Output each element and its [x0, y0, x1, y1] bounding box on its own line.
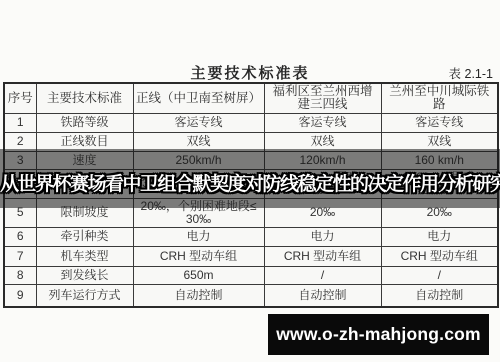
- table-cell: 20‰，个别困难地段≤ 30‰: [133, 198, 264, 227]
- table-cell: 客运专线: [264, 113, 381, 132]
- table-header-cell: 兰州至中川城际铁路: [381, 83, 498, 113]
- table-cell: 7: [4, 246, 36, 266]
- table-cell: 列车运行方式: [36, 284, 133, 307]
- table-cell: CRH 型动车组: [264, 246, 381, 266]
- table-cell: CRH 型动车组: [133, 246, 264, 266]
- table-cell: 自动控制: [381, 284, 498, 307]
- table-cell: 650m: [133, 266, 264, 284]
- table-cell: 到发线长: [36, 266, 133, 284]
- table-cell: 双线: [264, 132, 381, 151]
- table-cell: 6: [4, 227, 36, 246]
- table-title: 主要技术标准表: [3, 62, 497, 83]
- table-cell: 9: [4, 284, 36, 307]
- table-cell: 1: [4, 113, 36, 132]
- table-number: 表 2.1-1: [449, 64, 493, 82]
- table-cell: 20‰: [381, 198, 498, 227]
- table-cell: 电力: [264, 227, 381, 246]
- table-header-cell: 主要技术标准: [36, 83, 133, 113]
- table-cell: /: [264, 266, 381, 284]
- table-cell: 自动控制: [133, 284, 264, 307]
- table-cell: /: [381, 266, 498, 284]
- table-row: 7机车类型CRH 型动车组CRH 型动车组CRH 型动车组: [4, 246, 498, 266]
- table-row: 3速度250km/h120km/h160 km/h: [4, 151, 498, 169]
- table-cell: 铁路等级: [36, 113, 133, 132]
- watermark-headline: 从世界杯赛场看中卫组合默契度对防线稳定性的决定作用分析研究: [0, 169, 500, 196]
- table-cell: 牵引种类: [36, 227, 133, 246]
- table-header-cell: 福利区至兰州西增建三四线: [264, 83, 381, 113]
- table-row: 8到发线长650m//: [4, 266, 498, 284]
- table-caption-row: 主要技术标准表 表 2.1-1: [3, 62, 497, 81]
- table-header-row: 序号主要技术标准正线（中卫南至树屏）福利区至兰州西增建三四线兰州至中川城际铁路: [4, 83, 498, 113]
- table-cell: 限制坡度: [36, 198, 133, 227]
- table-row: 5限制坡度20‰，个别困难地段≤ 30‰20‰20‰: [4, 198, 498, 227]
- table-cell: 160 km/h: [381, 151, 498, 169]
- table-body: 1铁路等级客运专线客运专线客运专线2正线数目双线双线双线3速度250km/h12…: [4, 113, 498, 307]
- table-header-cell: 序号: [4, 83, 36, 113]
- table-row: 6牵引种类电力电力电力: [4, 227, 498, 246]
- table-cell: 客运专线: [381, 113, 498, 132]
- website-url: www.o-zh-mahjong.com: [276, 324, 481, 345]
- table-header-cell: 正线（中卫南至树屏）: [133, 83, 264, 113]
- table-cell: 120km/h: [264, 151, 381, 169]
- table-row: 9列车运行方式自动控制自动控制自动控制: [4, 284, 498, 307]
- table-cell: 自动控制: [264, 284, 381, 307]
- table-cell: 速度: [36, 151, 133, 169]
- table-cell: 机车类型: [36, 246, 133, 266]
- table-row: 2正线数目双线双线双线: [4, 132, 498, 151]
- table-cell: 20‰: [264, 198, 381, 227]
- table-cell: 2: [4, 132, 36, 151]
- table-header: 序号主要技术标准正线（中卫南至树屏）福利区至兰州西增建三四线兰州至中川城际铁路: [4, 83, 498, 113]
- table-cell: 250km/h: [133, 151, 264, 169]
- website-plate[interactable]: www.o-zh-mahjong.com: [268, 314, 489, 355]
- table-cell: 8: [4, 266, 36, 284]
- table-cell: 客运专线: [133, 113, 264, 132]
- table-cell: 电力: [381, 227, 498, 246]
- table-cell: CRH 型动车组: [381, 246, 498, 266]
- table-cell: 正线数目: [36, 132, 133, 151]
- scanned-document-page: 主要技术标准表 表 2.1-1 序号主要技术标准正线（中卫南至树屏）福利区至兰州…: [0, 0, 500, 362]
- table-cell: 电力: [133, 227, 264, 246]
- table-cell: 双线: [381, 132, 498, 151]
- table-cell: 3: [4, 151, 36, 169]
- table-cell: 5: [4, 198, 36, 227]
- table-row: 1铁路等级客运专线客运专线客运专线: [4, 113, 498, 132]
- table-cell: 双线: [133, 132, 264, 151]
